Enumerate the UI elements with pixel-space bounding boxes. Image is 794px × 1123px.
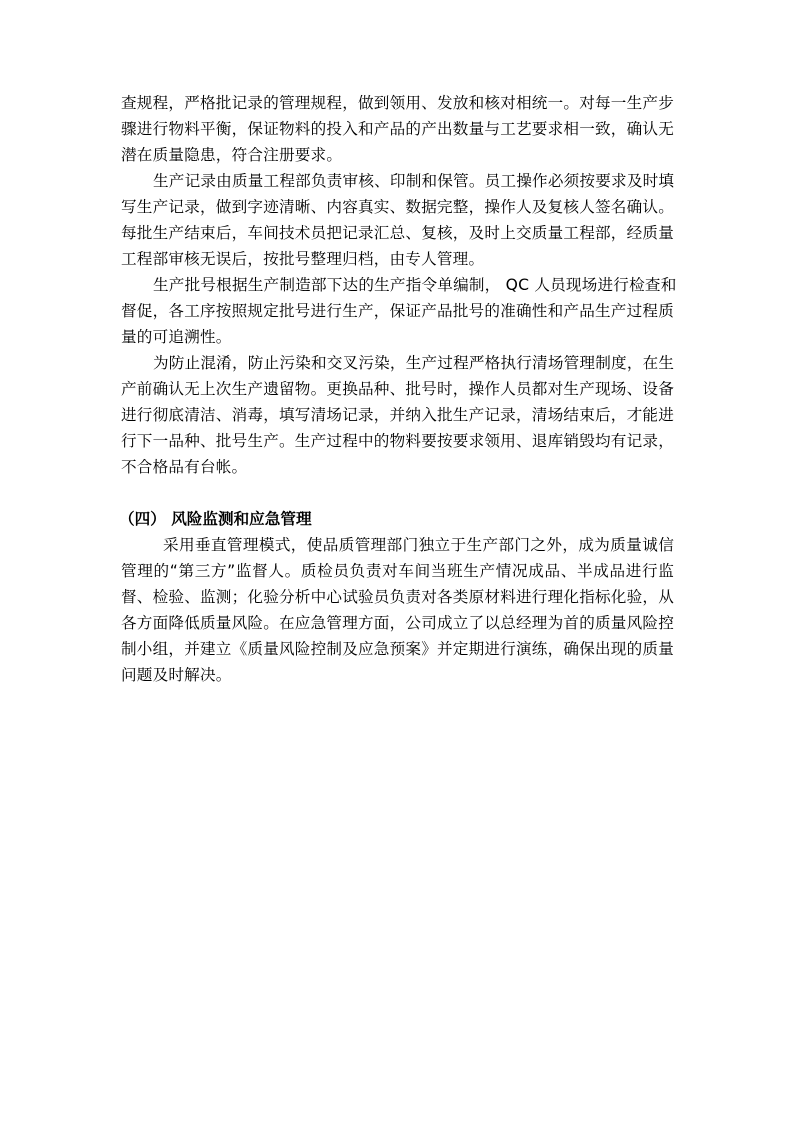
text-line: 工程部审核无误后，按批号整理归档，由专人管理。 bbox=[121, 246, 674, 272]
text-line: 量的可追溯性。 bbox=[121, 324, 674, 350]
paragraph-production-records: 生产记录由质量工程部负责审核、印制和保管。员工操作必须按要求及时填 写生产记录，… bbox=[121, 168, 674, 272]
text-line: 进行彻底清洁、消毒，填写清场记录，并纳入批生产记录，清场结束后，才能进 bbox=[121, 402, 674, 428]
text-line: 生产记录由质量工程部负责审核、印制和保管。员工操作必须按要求及时填 bbox=[121, 168, 674, 194]
text-line: 问题及时解决。 bbox=[121, 662, 674, 688]
text-line: 采用垂直管理模式，使品质管理部门独立于生产部门之外，成为质量诚信 bbox=[121, 532, 674, 558]
text-line: 督、检验、监测；化验分析中心试验员负责对各类原材料进行理化指标化验，从 bbox=[121, 584, 674, 610]
text-line: 产前确认无上次生产遗留物。更换品种、批号时，操作人员都对生产现场、设备 bbox=[121, 376, 674, 402]
text-line: 管理的“第三方”监督人。质检员负责对车间当班生产情况成品、半成品进行监 bbox=[121, 558, 674, 584]
text-line: 督促，各工序按照规定批号进行生产，保证产品批号的准确性和产品生产过程质 bbox=[121, 298, 674, 324]
text-line: 为防止混淆，防止污染和交叉污染，生产过程严格执行清场管理制度，在生 bbox=[121, 350, 674, 376]
paragraph-batch-numbers: 生产批号根据生产制造部下达的生产指令单编制， QC 人员现场进行检查和 督促，各… bbox=[121, 272, 674, 350]
paragraph-risk-management: 采用垂直管理模式，使品质管理部门独立于生产部门之外，成为质量诚信 管理的“第三方… bbox=[121, 532, 674, 688]
text-line: 每批生产结束后，车间技术员把记录汇总、复核，及时上交质量工程部，经质量 bbox=[121, 220, 674, 246]
paragraph-contamination-prevention: 为防止混淆，防止污染和交叉污染，生产过程严格执行清场管理制度，在生 产前确认无上… bbox=[121, 350, 674, 480]
text-line: 潜在质量隐患，符合注册要求。 bbox=[121, 142, 674, 168]
document-page: 查规程，严格批记录的管理规程，做到领用、发放和核对相统一。对每一生产步 骤进行物… bbox=[121, 90, 674, 688]
text-line: 查规程，严格批记录的管理规程，做到领用、发放和核对相统一。对每一生产步 bbox=[121, 90, 674, 116]
section-heading: （四） 风险监测和应急管理 bbox=[119, 506, 674, 532]
text-line: 写生产记录，做到字迹清晰、内容真实、数据完整，操作人及复核人签名确认。 bbox=[121, 194, 674, 220]
paragraph-material-balance: 查规程，严格批记录的管理规程，做到领用、发放和核对相统一。对每一生产步 骤进行物… bbox=[121, 90, 674, 168]
text-line: 行下一品种、批号生产。生产过程中的物料要按要求领用、退库销毁均有记录， bbox=[121, 428, 674, 454]
text-line: 骤进行物料平衡，保证物料的投入和产品的产出数量与工艺要求相一致，确认无 bbox=[121, 116, 674, 142]
text-line: 各方面降低质量风险。在应急管理方面，公司成立了以总经理为首的质量风险控 bbox=[121, 610, 674, 636]
text-line: 生产批号根据生产制造部下达的生产指令单编制， QC 人员现场进行检查和 bbox=[121, 272, 674, 298]
text-line: 不合格品有台帐。 bbox=[121, 454, 674, 480]
text-line: 制小组，并建立《质量风险控制及应急预案》并定期进行演练，确保出现的质量 bbox=[121, 636, 674, 662]
